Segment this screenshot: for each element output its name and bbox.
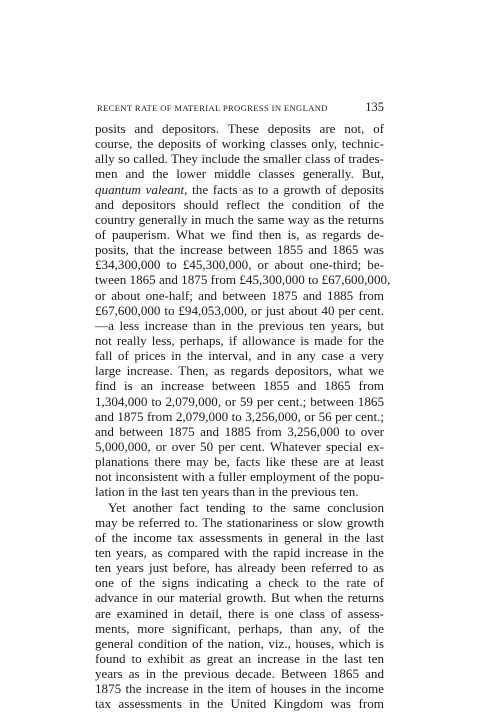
text-line: 5,000,000, or over 50 per cent. Whatever…	[95, 439, 384, 454]
text-line: fall of prices in the interval, and in a…	[95, 348, 384, 363]
text-line: 1,304,000 to 2,079,000, or 59 per cent.;…	[95, 394, 384, 409]
text-line: posits and depositors. These deposits ar…	[95, 121, 384, 136]
text-line: ten years, as compared with the rapid in…	[95, 545, 384, 560]
text-line: £67,600,000 to £94,053,000, or just abou…	[95, 303, 384, 318]
text-line: not really less, perhaps, if allowance i…	[95, 333, 384, 348]
text-line: of pauperism. What we find then is, as r…	[95, 227, 384, 242]
paragraph-2: Yet another fact tending to the same con…	[95, 500, 384, 712]
running-title: Recent Rate of Material Progress in Engl…	[95, 103, 328, 113]
body-text: posits and depositors. These deposits ar…	[95, 121, 384, 711]
text-line: are examined in detail, there is one cla…	[95, 606, 384, 621]
text-line: —a less increase than in the previous te…	[95, 318, 384, 333]
text-line: tax assessments in the United Kingdom wa…	[95, 696, 384, 711]
text-line: general condition of the nation, viz., h…	[95, 636, 384, 651]
text-line: lation in the last ten years than in the…	[95, 484, 384, 499]
text-line: find is an increase between 1855 and 186…	[95, 378, 384, 393]
text-line: ments, more significant, perhaps, than a…	[95, 621, 384, 636]
page-number: 135	[365, 100, 384, 115]
text-line: years as in the previous decade. Between…	[95, 666, 384, 681]
text-line: ten years just before, has already been …	[95, 560, 384, 575]
text-line: ally so called. They include the smaller…	[95, 151, 384, 166]
text-line: country generally in much the same way a…	[95, 212, 384, 227]
text-line: men and the lower middle classes general…	[95, 166, 384, 181]
text-line: not inconsistent with a fuller employmen…	[95, 469, 384, 484]
text-line-rest: , the facts as to a growth of deposits	[184, 182, 384, 197]
text-line: course, the deposits of working classes …	[95, 136, 384, 151]
text-line: £34,300,000 to £45,300,000, or about one…	[95, 257, 384, 272]
paragraph-1: posits and depositors. These deposits ar…	[95, 121, 384, 500]
text-line: planations there may be, facts like thes…	[95, 454, 384, 469]
text-line: posits, that the increase between 1855 a…	[95, 242, 384, 257]
text-line: found to exhibit as great an increase in…	[95, 651, 384, 666]
text-line: and between 1875 and 1885 from 3,256,000…	[95, 424, 384, 439]
text-line: advance in our material growth. But when…	[95, 590, 384, 605]
text-line: of the income tax assessments in general…	[95, 530, 384, 545]
book-page: Recent Rate of Material Progress in Engl…	[95, 100, 384, 711]
text-line: tween 1865 and 1875 from £45,300,000 to …	[95, 272, 384, 287]
running-head: Recent Rate of Material Progress in Engl…	[95, 100, 384, 118]
text-line: may be referred to. The stationariness o…	[95, 515, 384, 530]
italic-phrase: quantum valeant	[95, 182, 184, 197]
text-line: or about one-half; and between 1875 and …	[95, 288, 384, 303]
text-line: Yet another fact tending to the same con…	[95, 500, 384, 515]
text-line: 1875 the increase in the item of houses …	[95, 681, 384, 696]
text-line: one of the signs indicating a check to t…	[95, 575, 384, 590]
text-line: quantum valeant, the facts as to a growt…	[95, 182, 384, 197]
text-line: and 1875 from 2,079,000 to 3,256,000, or…	[95, 409, 384, 424]
text-line: large increase. Then, as regards deposit…	[95, 363, 384, 378]
text-line: and depositors should reflect the condit…	[95, 197, 384, 212]
